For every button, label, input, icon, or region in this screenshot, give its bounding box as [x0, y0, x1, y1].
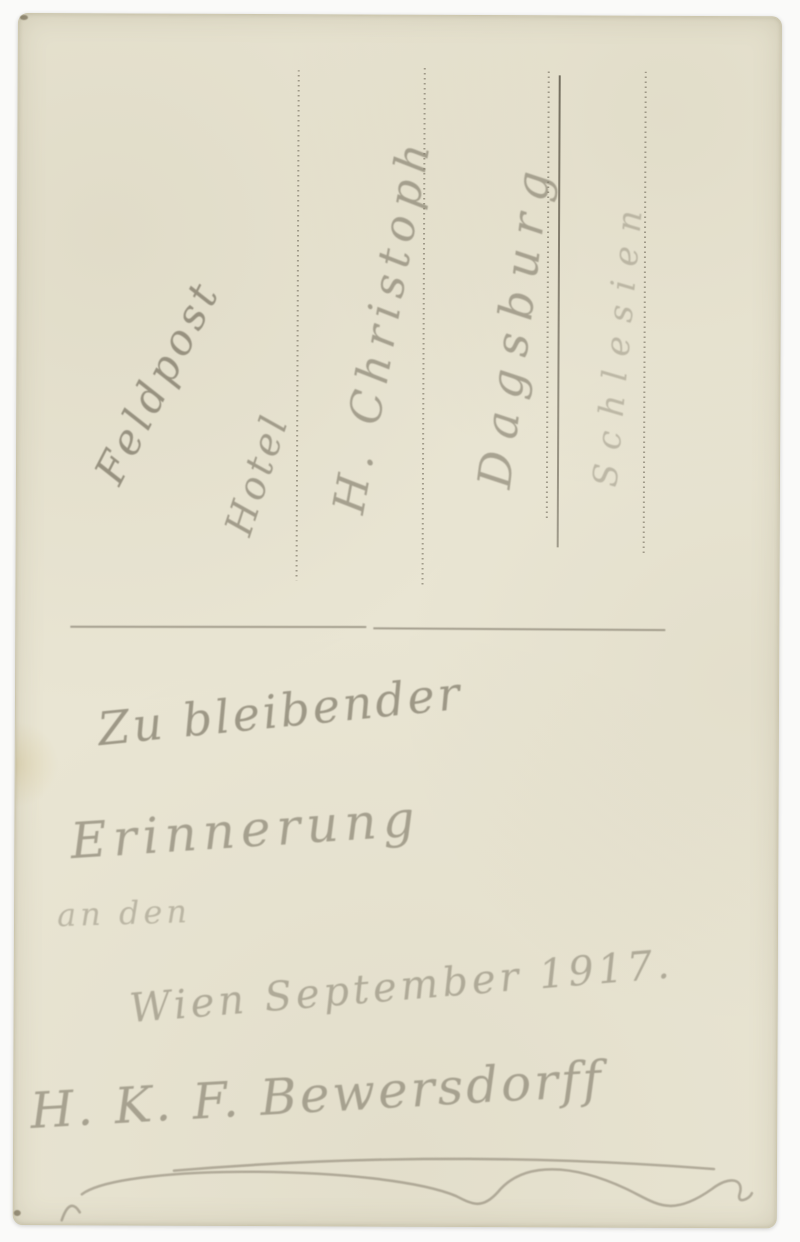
message-line-3: an den: [56, 892, 191, 934]
divider-line-right: [373, 627, 665, 631]
message-line-1: Zu bleibender: [95, 666, 465, 756]
address-dotted-line: [643, 72, 647, 556]
handwriting-feldpost: Feldpost: [85, 271, 230, 491]
handwriting-region: Schlesien: [585, 195, 652, 489]
address-dotted-line: [296, 70, 300, 580]
signature: H. K. F. Bewersdorff: [29, 1050, 606, 1140]
address-underline-stroke: [557, 75, 561, 547]
signature-flourish: [54, 1132, 754, 1235]
address-dotted-line: [546, 71, 550, 518]
divider-line-left: [70, 626, 366, 628]
handwriting-hotel: Hotel: [216, 407, 297, 540]
postcard-back: Feldpost Hotel H. Christoph Dagsburg Sch…: [13, 13, 782, 1228]
corner-wear-mark: [14, 1210, 21, 1216]
message-dateline: Wien September 1917.: [128, 941, 675, 1032]
corner-wear-mark: [20, 15, 28, 20]
message-line-2: Erinnerung: [68, 789, 422, 870]
